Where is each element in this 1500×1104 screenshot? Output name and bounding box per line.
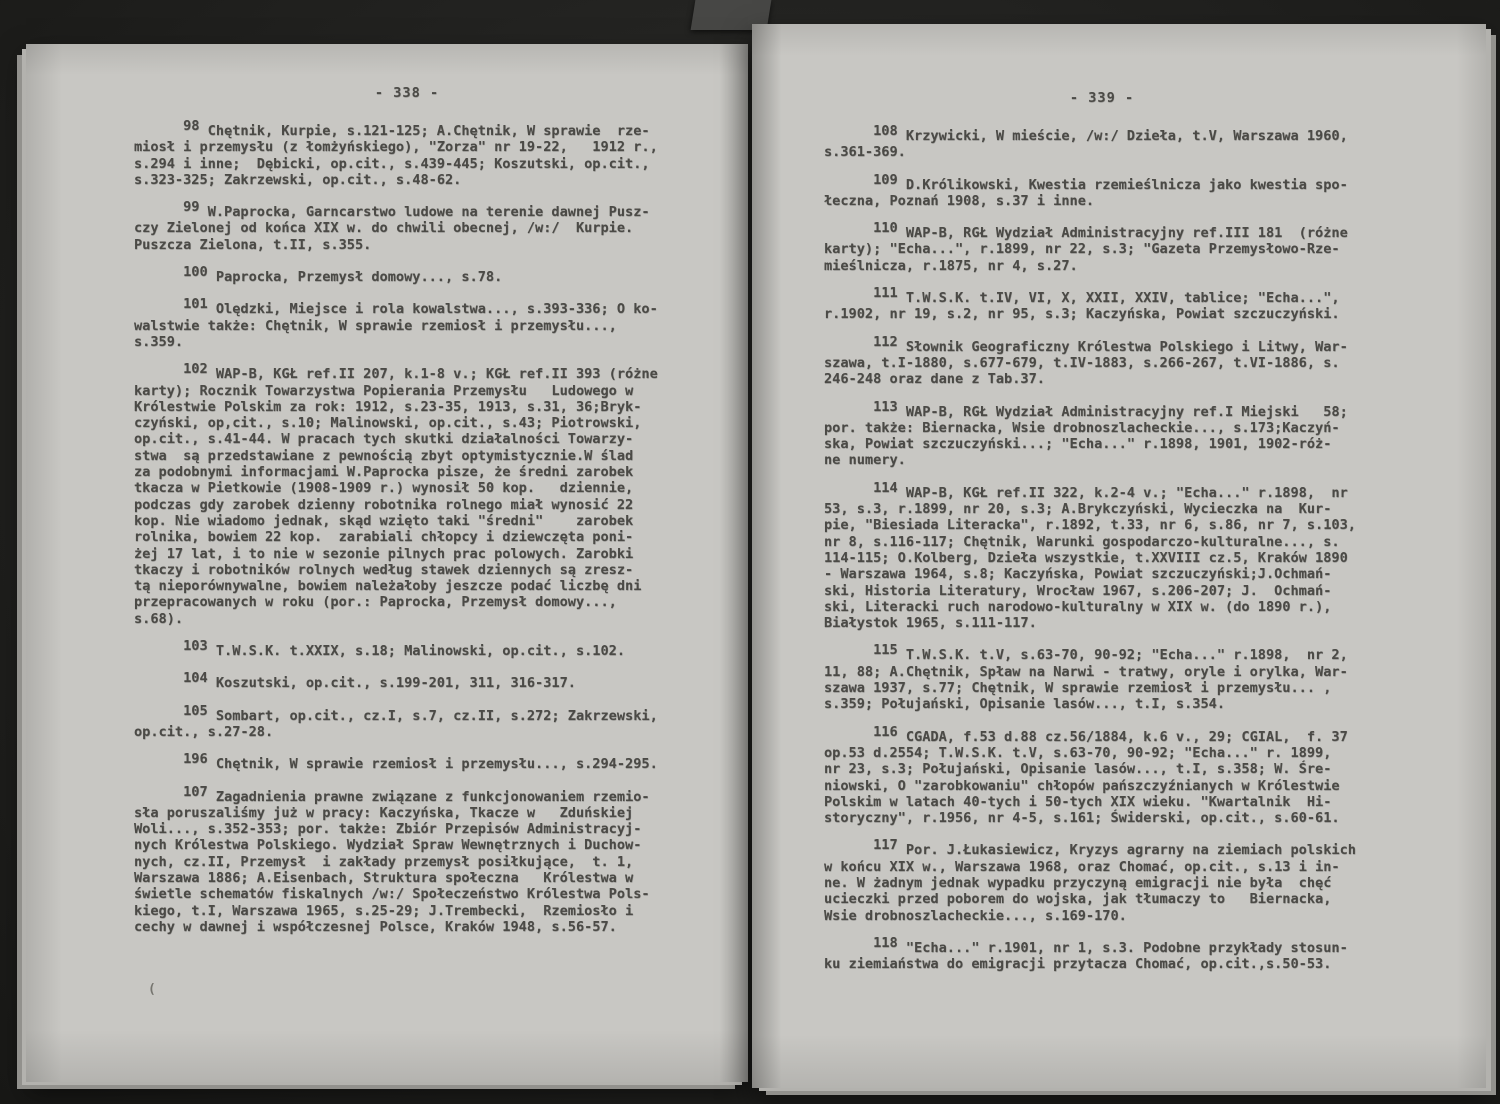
footnote: 100 Paprocka, Przemysł domowy..., s.78. [134, 269, 680, 285]
footnote-line: tą nieporównywalne, bowiem należałoby je… [134, 578, 680, 594]
footnote-line: podczas gdy zarobek dzienny robotnika ro… [134, 497, 680, 513]
footnote-line: kiego, t.I, Warszawa 1965, s.25-29; J.Tr… [134, 903, 680, 919]
footnote-line: por. także: Biernacka, Wsie drobnoszlach… [824, 420, 1380, 436]
footnote-line: walstwie także: Chętnik, W sprawie rzemi… [134, 318, 680, 334]
stray-mark: ( [148, 982, 156, 997]
footnote: 114 WAP-B, KGŁ ref.II 322, k.2-4 v.; "Ec… [824, 485, 1380, 632]
footnote-number: 109 [873, 172, 898, 188]
footnote-number: 104 [183, 670, 208, 686]
footnote-number: 100 [183, 264, 208, 280]
footnote-first-line: 103 T.W.S.K. t.XXIX, s.18; Malinowski, o… [134, 643, 680, 659]
footnote-text: Krzywicki, W mieście, /w:/ Dzieła, t.V, … [898, 128, 1348, 144]
footnote-line: czy Zielonej od końca XIX w. do chwili o… [134, 220, 680, 236]
footnote-line: rolnika, bowiem 22 kop. zarabiali chłopc… [134, 529, 680, 545]
footnote: 113 WAP-B, RGŁ Wydział Administracyjny r… [824, 404, 1380, 469]
footnote-line: s.359; Połujański, Opisanie lasów..., t.… [824, 696, 1380, 712]
footnote-first-line: 107 Zagadnienia prawne związane z funkcj… [134, 789, 680, 805]
page-number-right: - 339 - [824, 90, 1380, 106]
footnote-number: 110 [873, 220, 898, 236]
footnote-first-line: 101 Olędzki, Miejsce i rola kowalstwa...… [134, 301, 680, 317]
footnote-text: Słownik Geograficzny Królestwa Polskiego… [898, 339, 1348, 355]
footnote: 116 CGADA, f.53 d.88 cz.56/1884, k.6 v.,… [824, 729, 1380, 827]
footnote-first-line: 116 CGADA, f.53 d.88 cz.56/1884, k.6 v.,… [824, 729, 1380, 745]
footnote-line: pie, "Biesiada Literacka", r.1892, t.33,… [824, 517, 1380, 533]
footnote-line: w końcu XIX w., Warszawa 1968, oraz Chom… [824, 859, 1380, 875]
footnotes-left: 98 Chętnik, Kurpie, s.121-125; A.Chętnik… [134, 123, 680, 935]
footnote-line: niowski, O "zarobkowaniu" chłopów pańszc… [824, 778, 1380, 794]
footnote-number: 102 [183, 361, 208, 377]
footnote-number: 116 [873, 724, 898, 740]
page-number-left: - 338 - [134, 85, 680, 101]
footnote-line: Woli..., s.352-353; por. także: Zbiór Pr… [134, 821, 680, 837]
footnote-line: kop. Nie wiadomo jednak, skąd wzięto tak… [134, 513, 680, 529]
footnote-text: WAP-B, RGŁ Wydział Administracyjny ref.I… [898, 404, 1348, 420]
footnote-first-line: 111 T.W.S.K. t.IV, VI, X, XXII, XXIV, ta… [824, 290, 1380, 306]
footnote-text: Sombart, op.cit., cz.I, s.7, cz.II, s.27… [208, 708, 658, 724]
footnote-line: s.359. [134, 334, 680, 350]
footnote-line: tkacza w Pietkowie (1908-1909 r.) wynosi… [134, 480, 680, 496]
footnote: 107 Zagadnienia prawne związane z funkcj… [134, 789, 680, 936]
footnote-line: ski, Historia Literatury, Wrocław 1967, … [824, 583, 1380, 599]
footnotes-right: 108 Krzywicki, W mieście, /w:/ Dzieła, t… [824, 128, 1380, 972]
footnote-text: T.W.S.K. t.IV, VI, X, XXII, XXIV, tablic… [898, 290, 1340, 306]
footnote-line: nych Królestwa Polskiego. Wydział Spraw … [134, 837, 680, 853]
footnote-line: s.68). [134, 611, 680, 627]
footnote-line: sła poruszaliśmy już w pracy: Kaczyńska,… [134, 805, 680, 821]
footnote-number: 115 [873, 642, 898, 658]
footnote: 98 Chętnik, Kurpie, s.121-125; A.Chętnik… [134, 123, 680, 188]
footnote-line: 53, s.3, r.1899, nr 20, s.3; A.Brykczyńs… [824, 501, 1380, 517]
footnote-line: ne numery. [824, 452, 1380, 468]
footnote: 112 Słownik Geograficzny Królestwa Polsk… [824, 339, 1380, 388]
footnote-number: 98 [183, 118, 199, 134]
footnote-number: 108 [873, 123, 898, 139]
footnote-line: s.294 i inne; Dębicki, op.cit., s.439-44… [134, 156, 680, 172]
footnote-line: Puszcza Zielona, t.II, s.355. [134, 237, 680, 253]
footnote-number: 111 [873, 285, 898, 301]
footnote-line: świetle schematów fiskalnych /w:/ Społec… [134, 886, 680, 902]
footnote-text: W.Paprocka, Garncarstwo ludowe na tereni… [199, 204, 649, 220]
footnote-line: ski, Literacki ruch narodowo-kulturalny … [824, 599, 1380, 615]
footnote-line: op.cit., s.27-28. [134, 724, 680, 740]
footnote-line: - Warszawa 1964, s.8; Kaczyńska, Powiat … [824, 566, 1380, 582]
footnote-number: 99 [183, 199, 199, 215]
footnote-text: CGADA, f.53 d.88 cz.56/1884, k.6 v., 29;… [898, 729, 1348, 745]
footnote-number: 114 [873, 480, 898, 496]
footnote-line: ska, Powiat szczuczyński...; "Echa..." r… [824, 436, 1380, 452]
footnote-first-line: 112 Słownik Geograficzny Królestwa Polsk… [824, 339, 1380, 355]
footnote-first-line: 117 Por. J.Łukasiewicz, Kryzys agrarny n… [824, 842, 1380, 858]
footnote-line: Białystok 1965, s.111-117. [824, 615, 1380, 631]
footnote-line: op.53 d.2554; T.W.S.K. t.V, s.63-70, 90-… [824, 745, 1380, 761]
footnote: 110 WAP-B, RGŁ Wydział Administracyjny r… [824, 225, 1380, 274]
footnote: 103 T.W.S.K. t.XXIX, s.18; Malinowski, o… [134, 643, 680, 659]
footnote-number: 196 [183, 751, 208, 767]
footnote-text: T.W.S.K. t.V, s.63-70, 90-92; "Echa..." … [898, 647, 1348, 663]
footnote-first-line: 110 WAP-B, RGŁ Wydział Administracyjny r… [824, 225, 1380, 241]
footnote-text: Paprocka, Przemysł domowy..., s.78. [208, 269, 503, 285]
footnote-line: Królestwie Polskim za rok: 1912, s.23-35… [134, 399, 680, 415]
footnote: 102 WAP-B, KGŁ ref.II 207, k.1-8 v.; KGŁ… [134, 366, 680, 627]
footnote: 111 T.W.S.K. t.IV, VI, X, XXII, XXIV, ta… [824, 290, 1380, 323]
footnote-line: Polskim w latach 40-tych i 50-tych XIX w… [824, 794, 1380, 810]
footnote-line: czyński, op,cit., s.10; Malinowski, op.c… [134, 415, 680, 431]
footnote-text: "Echa..." r.1901, nr 1, s.3. Podobne prz… [898, 940, 1348, 956]
footnote-line: szawa 1937, s.77; Chętnik, W sprawie rze… [824, 680, 1380, 696]
footnote-first-line: 100 Paprocka, Przemysł domowy..., s.78. [134, 269, 680, 285]
footnote-text: Chętnik, Kurpie, s.121-125; A.Chętnik, W… [199, 123, 649, 139]
footnote-line: tkaczy i robotników rolnych według stawe… [134, 562, 680, 578]
footnote-text: T.W.S.K. t.XXIX, s.18; Malinowski, op.ci… [208, 643, 625, 659]
footnote: 115 T.W.S.K. t.V, s.63-70, 90-92; "Echa.… [824, 647, 1380, 712]
footnote: 101 Olędzki, Miejsce i rola kowalstwa...… [134, 301, 680, 350]
footnote-text: Por. J.Łukasiewicz, Kryzys agrarny na zi… [898, 842, 1356, 858]
footnote-number: 105 [183, 703, 208, 719]
footnote-first-line: 98 Chętnik, Kurpie, s.121-125; A.Chętnik… [134, 123, 680, 139]
footnote-first-line: 118 "Echa..." r.1901, nr 1, s.3. Podobne… [824, 940, 1380, 956]
footnote-line: stwa są przedstawiane z pewnością zbyt o… [134, 448, 680, 464]
footnote-first-line: 113 WAP-B, RGŁ Wydział Administracyjny r… [824, 404, 1380, 420]
footnote-text: WAP-B, KGŁ ref.II 322, k.2-4 v.; "Echa..… [898, 485, 1348, 501]
footnote-line: karty); Rocznik Towarzystwa Popierania P… [134, 383, 680, 399]
footnote-line: łeczna, Poznań 1908, s.37 i inne. [824, 193, 1380, 209]
footnote-first-line: 115 T.W.S.K. t.V, s.63-70, 90-92; "Echa.… [824, 647, 1380, 663]
footnote-first-line: 104 Koszutski, op.cit., s.199-201, 311, … [134, 675, 680, 691]
footnote-line: przepracowanych w roku (por.: Paprocka, … [134, 594, 680, 610]
footnote-line: nr 23, s.3; Połujański, Opisanie lasów..… [824, 761, 1380, 777]
footnote-line: op.cit., s.41-44. W pracach tych skutki … [134, 431, 680, 447]
footnote-line: za podobnymi informacjami W.Paprocka pis… [134, 464, 680, 480]
footnote-text: Koszutski, op.cit., s.199-201, 311, 316-… [208, 675, 576, 691]
footnote: 118 "Echa..." r.1901, nr 1, s.3. Podobne… [824, 940, 1380, 973]
footnote-line: nr 8, s.116-117; Chętnik, Warunki gospod… [824, 534, 1380, 550]
footnote: 196 Chętnik, W sprawie rzemiosł i przemy… [134, 756, 680, 772]
footnote-first-line: 108 Krzywicki, W mieście, /w:/ Dzieła, t… [824, 128, 1380, 144]
left-page: - 338 - 98 Chętnik, Kurpie, s.121-125; A… [26, 44, 748, 1082]
footnote-line: nych, cz.II, Przemysł i zakłady przemysł… [134, 854, 680, 870]
footnote-line: s.361-369. [824, 144, 1380, 160]
footnote-text: Olędzki, Miejsce i rola kowalstwa..., s.… [208, 301, 658, 317]
footnote-line: miosł i przemysłu (z łomżyńskiego), "Zor… [134, 139, 680, 155]
footnote-line: 114-115; O.Kolberg, Dzieła wszystkie, t.… [824, 550, 1380, 566]
footnote-first-line: 99 W.Paprocka, Garncarstwo ludowe na ter… [134, 204, 680, 220]
footnote-line: s.323-325; Zakrzewski, op.cit., s.48-62. [134, 172, 680, 188]
footnote-number: 107 [183, 784, 208, 800]
footnote-line: cechy w dawnej i współczesnej Polsce, Kr… [134, 919, 680, 935]
footnote: 99 W.Paprocka, Garncarstwo ludowe na ter… [134, 204, 680, 253]
footnote-text: Zagadnienia prawne związane z funkcjonow… [208, 789, 650, 805]
footnote-text: Chętnik, W sprawie rzemiosł i przemysłu.… [208, 756, 658, 772]
footnote-line: 246-248 oraz dane z Tab.37. [824, 371, 1380, 387]
footnote-line: storyczny", r.1956, nr 4-5, s.161; Świde… [824, 810, 1380, 826]
book-scan-background: - 338 - 98 Chętnik, Kurpie, s.121-125; A… [0, 0, 1500, 1104]
footnote-line: 11, 88; A.Chętnik, Spław na Narwi - trat… [824, 664, 1380, 680]
footnote-first-line: 196 Chętnik, W sprawie rzemiosł i przemy… [134, 756, 680, 772]
footnote-first-line: 109 D.Królikowski, Kwestia rzemieślnicza… [824, 177, 1380, 193]
footnote-line: karty); "Echa...", r.1899, nr 22, s.3; "… [824, 241, 1380, 257]
footnote-text: WAP-B, KGŁ ref.II 207, k.1-8 v.; KGŁ ref… [208, 366, 658, 382]
footnote-first-line: 102 WAP-B, KGŁ ref.II 207, k.1-8 v.; KGŁ… [134, 366, 680, 382]
footnote-line: ucieczki przed poborem do wojska, jak tł… [824, 891, 1380, 907]
footnote-line: szawa, t.I-1880, s.677-679, t.IV-1883, s… [824, 355, 1380, 371]
footnote-line: żej 17 lat, i to nie w sezonie pilnych p… [134, 546, 680, 562]
footnote-number: 112 [873, 334, 898, 350]
footnote-line: Wsie drobnoszlacheckie..., s.169-170. [824, 908, 1380, 924]
footnote-line: mieślnicza, r.1875, nr 4, s.27. [824, 258, 1380, 274]
footnote: 109 D.Królikowski, Kwestia rzemieślnicza… [824, 177, 1380, 210]
footnote-number: 117 [873, 837, 898, 853]
right-page-content: - 339 - 108 Krzywicki, W mieście, /w:/ D… [824, 90, 1380, 972]
footnote-line: Warszawa 1886; A.Eisenbach, Struktura sp… [134, 870, 680, 886]
footnote: 104 Koszutski, op.cit., s.199-201, 311, … [134, 675, 680, 691]
footnote-line: r.1902, nr 19, s.2, nr 95, s.3; Kaczyńsk… [824, 306, 1380, 322]
footnote-number: 118 [873, 935, 898, 951]
footnote-first-line: 114 WAP-B, KGŁ ref.II 322, k.2-4 v.; "Ec… [824, 485, 1380, 501]
footnote: 108 Krzywicki, W mieście, /w:/ Dzieła, t… [824, 128, 1380, 161]
footnote-line: ne. W żadnym jednak wypadku przyczyną em… [824, 875, 1380, 891]
right-page: - 339 - 108 Krzywicki, W mieście, /w:/ D… [752, 24, 1486, 1088]
footnote-number: 103 [183, 638, 208, 654]
footnote-line: ku ziemiaństwa do emigracji przytacza Ch… [824, 956, 1380, 972]
footnote-text: WAP-B, RGŁ Wydział Administracyjny ref.I… [898, 225, 1348, 241]
footnote: 117 Por. J.Łukasiewicz, Kryzys agrarny n… [824, 842, 1380, 923]
footnote-first-line: 105 Sombart, op.cit., cz.I, s.7, cz.II, … [134, 708, 680, 724]
footnote-number: 113 [873, 399, 898, 415]
footnote: 105 Sombart, op.cit., cz.I, s.7, cz.II, … [134, 708, 680, 741]
left-page-content: - 338 - 98 Chętnik, Kurpie, s.121-125; A… [134, 85, 680, 935]
footnote-number: 101 [183, 296, 208, 312]
footnote-text: D.Królikowski, Kwestia rzemieślnicza jak… [898, 177, 1348, 193]
